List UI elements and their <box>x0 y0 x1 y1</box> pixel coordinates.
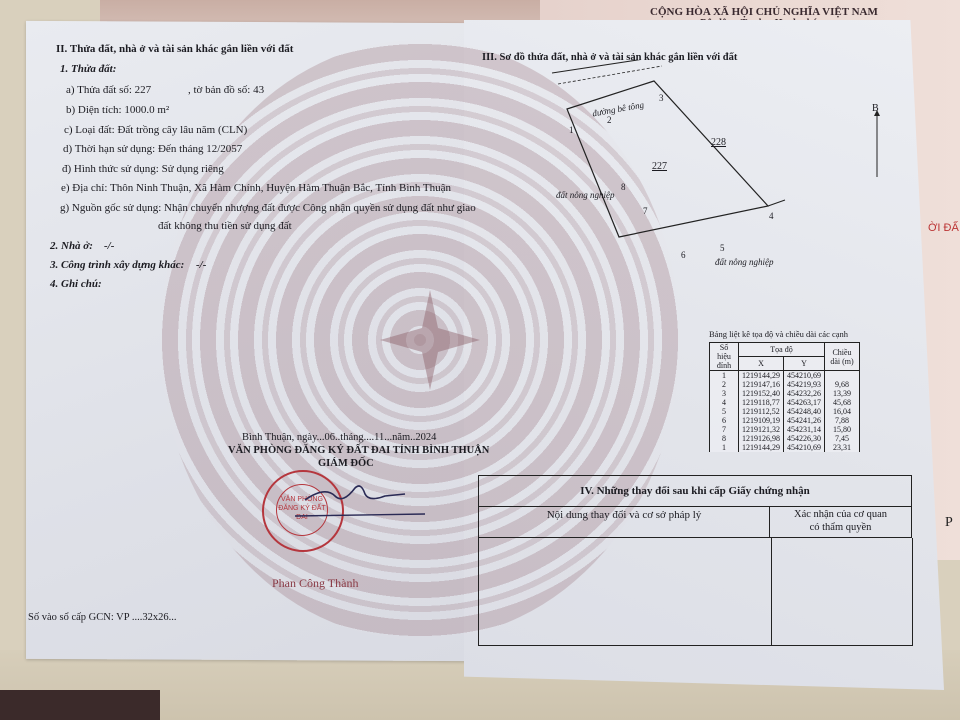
notes-label: 4. Ghi chú: <box>50 278 102 290</box>
table-row: 21219147,16454219,939,68 <box>710 380 860 389</box>
north-arrow-label: B <box>872 103 879 114</box>
place-date: Bình Thuận, ngày...06..tháng....11...năm… <box>242 432 436 443</box>
other-works-value: -/- <box>196 259 206 271</box>
cell-len: 16,04 <box>825 407 860 416</box>
area: b) Diện tích: 1000.0 m² <box>66 104 169 116</box>
usage-form: đ) Hình thức sử dụng: Sử dụng riêng <box>62 163 224 175</box>
dark-object <box>0 690 160 720</box>
changes-content-cell <box>478 538 772 646</box>
signature-icon <box>295 478 445 528</box>
vertex-5: 5 <box>720 243 725 253</box>
address: e) Địa chỉ: Thôn Ninh Thuận, Xã Hàm Chín… <box>61 182 451 194</box>
cell-y: 454210,69 <box>784 371 825 381</box>
back-page-edge-text: P <box>945 515 953 531</box>
header-y: Y <box>784 357 825 371</box>
map-sheet-number: , tờ bản đồ số: 43 <box>188 84 264 96</box>
vertex-2: 2 <box>607 115 612 125</box>
changes-table: IV. Những thay đổi sau khi cấp Giấy chứn… <box>478 475 914 645</box>
cell-len: 13,39 <box>825 389 860 398</box>
cell-x: 1219112,52 <box>739 407 784 416</box>
cell-y: 454263,17 <box>784 398 825 407</box>
cell-x: 1219144,29 <box>739 443 784 452</box>
cell-id: 3 <box>710 389 739 398</box>
table-row: 11219144,29454210,69 <box>710 371 860 381</box>
parcel-number: a) Thửa đất số: 227 <box>66 84 151 96</box>
changes-col-confirmation: Xác nhận của cơ quan có thẩm quyền <box>770 506 912 538</box>
registry-number: Số vào sổ cấp GCN: VP ....32x26... <box>28 612 176 623</box>
cell-y: 454231,14 <box>784 425 825 434</box>
cell-y: 454226,30 <box>784 434 825 443</box>
table-row: 61219109,19454241,267,88 <box>710 416 860 425</box>
table-row: 81219126,98454226,307,45 <box>710 434 860 443</box>
table-row: 31219152,40454232,2613,39 <box>710 389 860 398</box>
cell-id: 4 <box>710 398 739 407</box>
cell-id: 6 <box>710 416 739 425</box>
cell-len: 9,68 <box>825 380 860 389</box>
house-value: -/- <box>104 240 114 252</box>
cell-id: 7 <box>710 425 739 434</box>
changes-confirmation-cell <box>770 538 913 646</box>
cell-x: 1219121,32 <box>739 425 784 434</box>
coord-table-caption: Bảng liệt kê tọa độ và chiều dài các cạn… <box>709 329 848 339</box>
vertex-1: 1 <box>569 125 574 135</box>
cell-y: 454248,40 <box>784 407 825 416</box>
cell-len: 15,80 <box>825 425 860 434</box>
land-heading: 1. Thửa đất: <box>60 63 116 75</box>
director-title: GIÁM ĐỐC <box>318 458 374 469</box>
parcel-map <box>470 60 890 290</box>
parcel-label-227: 227 <box>652 161 667 172</box>
table-row: 41219118,77454263,1745,68 <box>710 398 860 407</box>
usage-origin: g) Nguồn gốc sử dụng: Nhận chuyển nhượng… <box>60 202 476 214</box>
cell-y: 454241,26 <box>784 416 825 425</box>
cell-id: 1 <box>710 371 739 381</box>
vertex-6: 6 <box>681 250 686 260</box>
cell-len: 7,88 <box>825 416 860 425</box>
coordinate-table: Số hiệu đỉnh Tọa độ Chiều dài (m) X Y 11… <box>709 342 860 452</box>
header-vertex: Số hiệu đỉnh <box>710 343 739 371</box>
land-type: c) Loại đất: Đất trồng cây lâu năm (CLN) <box>64 124 247 136</box>
cell-y: 454219,93 <box>784 380 825 389</box>
table-row: 71219121,32454231,1415,80 <box>710 425 860 434</box>
confirmation-line-2: có thẩm quyền <box>770 521 911 534</box>
issuing-office: VĂN PHÒNG ĐĂNG KÝ ĐẤT ĐAI TỈNH BÌNH THUẬ… <box>228 445 489 456</box>
cell-x: 1219126,98 <box>739 434 784 443</box>
usage-origin-cont: đất không thu tiền sử dụng đất <box>158 220 292 232</box>
header-coords: Tọa độ <box>739 343 825 357</box>
header-x: X <box>739 357 784 371</box>
cell-len: 23,31 <box>825 443 860 452</box>
header-length: Chiều dài (m) <box>825 343 860 371</box>
cell-len <box>825 371 860 381</box>
cell-x: 1219147,16 <box>739 380 784 389</box>
other-works-label: 3. Công trình xây dựng khác: <box>50 259 184 271</box>
cell-x: 1219118,77 <box>739 398 784 407</box>
cell-x: 1219109,19 <box>739 416 784 425</box>
house-label: 2. Nhà ở: <box>50 240 93 252</box>
vertex-8: 8 <box>621 182 626 192</box>
table-row: 11219144,29454210,6923,31 <box>710 443 860 452</box>
south-neighbor-label: đất nông nghiệp <box>715 257 774 267</box>
republic-header: CỘNG HÒA XÃ HỘI CHỦ NGHĨA VIỆT NAM <box>650 6 878 18</box>
usage-term: d) Thời hạn sử dụng: Đến tháng 12/2057 <box>63 143 242 155</box>
cell-y: 454232,26 <box>784 389 825 398</box>
cell-id: 5 <box>710 407 739 416</box>
changes-col-content: Nội dung thay đổi và cơ sở pháp lý <box>478 506 770 538</box>
table-row: 51219112,52454248,4016,04 <box>710 407 860 416</box>
vertex-3: 3 <box>659 93 664 103</box>
parcel-label-228: 228 <box>711 137 726 148</box>
back-page-red-text: ỜI ĐẤ <box>928 222 959 234</box>
cell-y: 454210,69 <box>784 443 825 452</box>
signer-name: Phan Công Thành <box>272 576 358 591</box>
cell-id: 8 <box>710 434 739 443</box>
cell-len: 7,45 <box>825 434 860 443</box>
vertex-7: 7 <box>643 206 648 216</box>
cell-x: 1219144,29 <box>739 371 784 381</box>
west-neighbor-label: đất nông nghiệp <box>556 190 615 200</box>
section-iv-title: IV. Những thay đổi sau khi cấp Giấy chứn… <box>478 475 912 507</box>
vertex-4: 4 <box>769 211 774 221</box>
cell-len: 45,68 <box>825 398 860 407</box>
cell-x: 1219152,40 <box>739 389 784 398</box>
cell-id: 2 <box>710 380 739 389</box>
confirmation-line-1: Xác nhận của cơ quan <box>770 508 911 521</box>
section-ii-title: II. Thửa đất, nhà ở và tài sản khác gắn … <box>56 43 293 55</box>
cell-id: 1 <box>710 443 739 452</box>
